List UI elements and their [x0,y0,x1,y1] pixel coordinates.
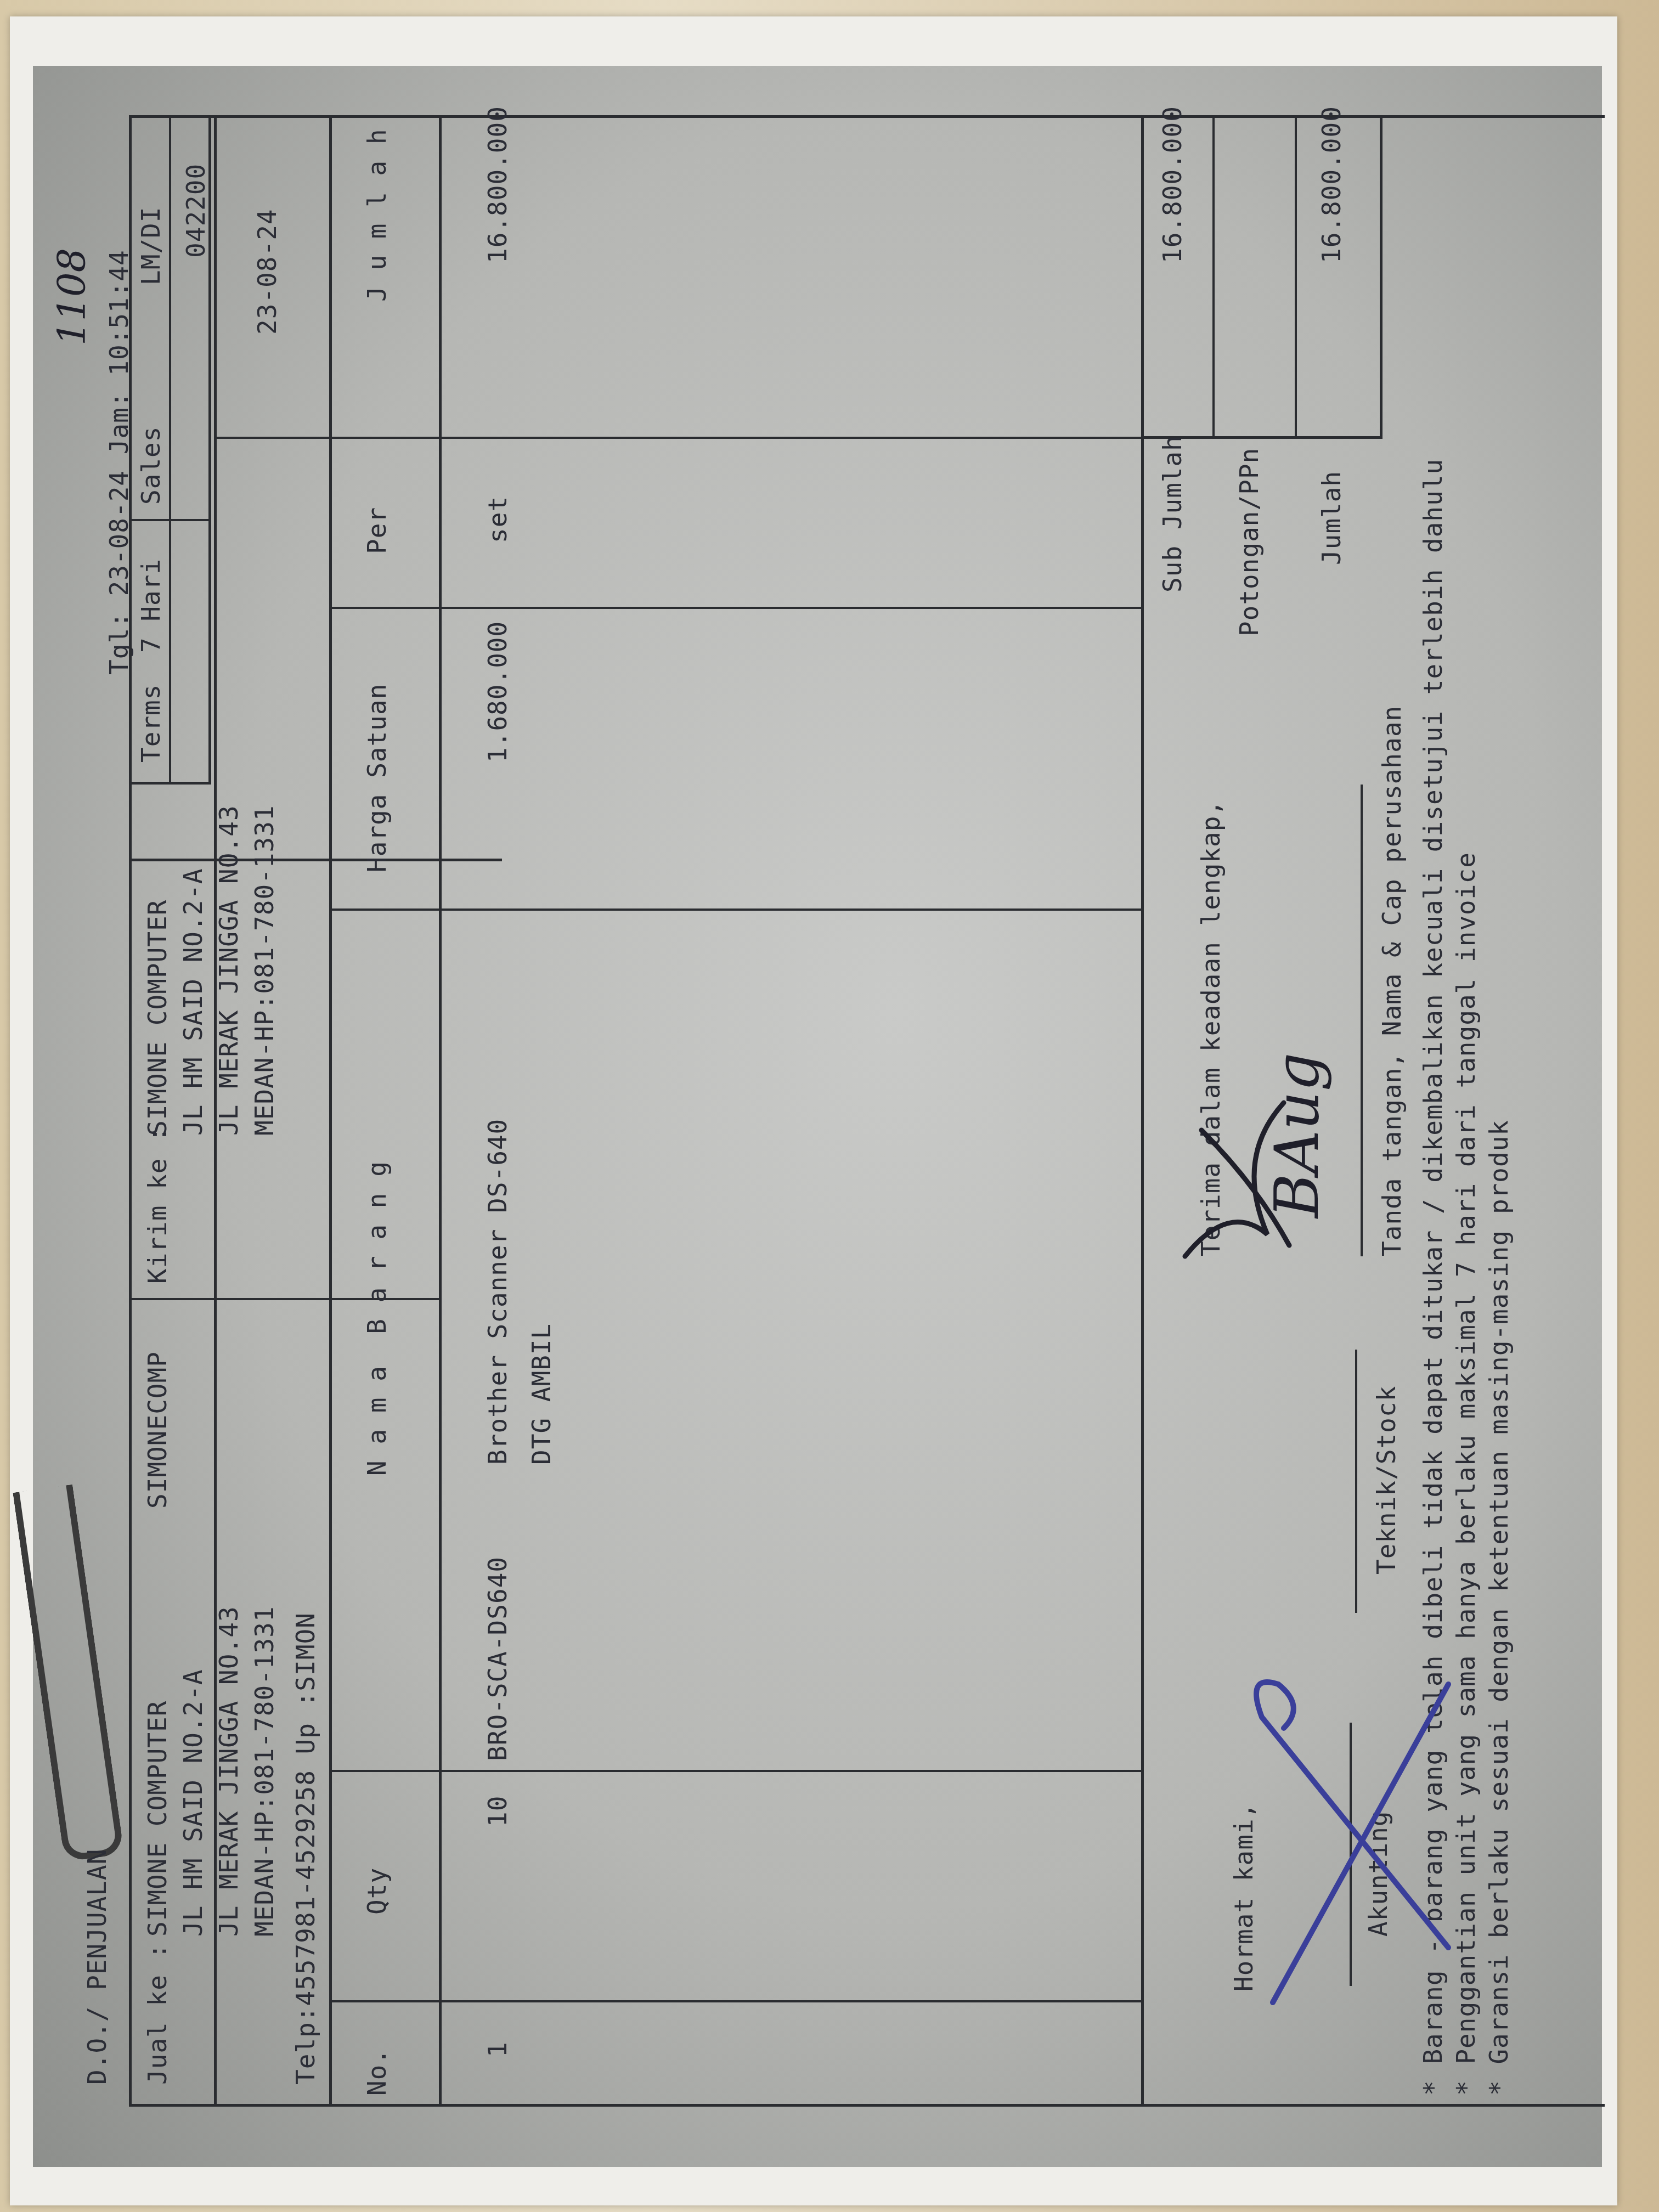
invoice-date: 23-08-24 [252,208,282,335]
blue-signature-icon [1240,1520,1481,2013]
document-title: D.O./ PENJUALAN [82,1849,112,2085]
discount-label: Potongan/PPn [1234,448,1264,636]
row-no: 1 [483,2041,512,2057]
ship-to-address3: MEDAN-HP:081-780-1331 [250,805,279,1136]
ship-to-name: SIMONE COMPUTER [143,900,172,1136]
row-unit-price: 1.680.000 [483,621,512,763]
sold-to-address3: MEDAN-HP:081-780-1331 [250,1606,279,1937]
sold-to-address2: JL MERAK JINGGA NO.43 [214,1606,244,1937]
col-header-unit-price: Harga Satuan [362,684,392,872]
company-signature-line [1361,785,1363,1256]
row-per: set [483,496,512,543]
ship-to-address2: JL MERAK JINGGA NO.43 [214,805,244,1136]
signature-label: Tanda tangan, Nama & Cap perusahaan [1377,706,1407,1256]
terms-note-3: * Garansi berlaku sesuai dengan ketentua… [1484,1120,1514,2096]
sold-to-address1: JL HM SAID NO.2-A [178,1669,208,1937]
delivery-order-document: D.O./ PENJUALAN Tgl: 23-08-24 Jam: 10:51… [33,66,1602,2167]
sold-to-label: Jual ke : [143,1943,172,2085]
ship-to-address1: JL HM SAID NO.2-A [178,868,208,1136]
row-qty: 10 [483,1796,512,1827]
col-header-amount: J u m l a h [362,128,392,302]
col-header-no: No. [362,2049,392,2096]
total-label: Jumlah [1317,471,1346,565]
customer-code: SIMONECOMP [143,1351,172,1509]
handwritten-note: 1108 [49,248,94,346]
row-item-code: BRO-SCA-DS640 [483,1556,512,1761]
row-amount: 16.800.000 [483,106,512,263]
handwritten-signature: BAug [1262,1052,1332,1218]
col-header-item: N a m a B a r a n g [362,1161,392,1476]
ship-to-label: Kirim ke : [143,1126,172,1284]
sold-to-phone: Telp:4557981-4529258 Up :SIMON [291,1612,320,2085]
row-item-name: Brother Scanner DS-640 [483,1119,512,1465]
col-header-per: Per [362,507,392,554]
col-header-qty: Qty [362,1867,392,1915]
sold-to-name: SIMONE COMPUTER [143,1701,172,1937]
subtotal-value: 16.800.000 [1158,106,1187,263]
total-value: 16.800.000 [1317,106,1346,263]
subtotal-label: Sub Jumlah [1158,435,1187,592]
row-item-note: DTG AMBIL [527,1323,556,1465]
invoice-number: 042200 [181,163,211,258]
